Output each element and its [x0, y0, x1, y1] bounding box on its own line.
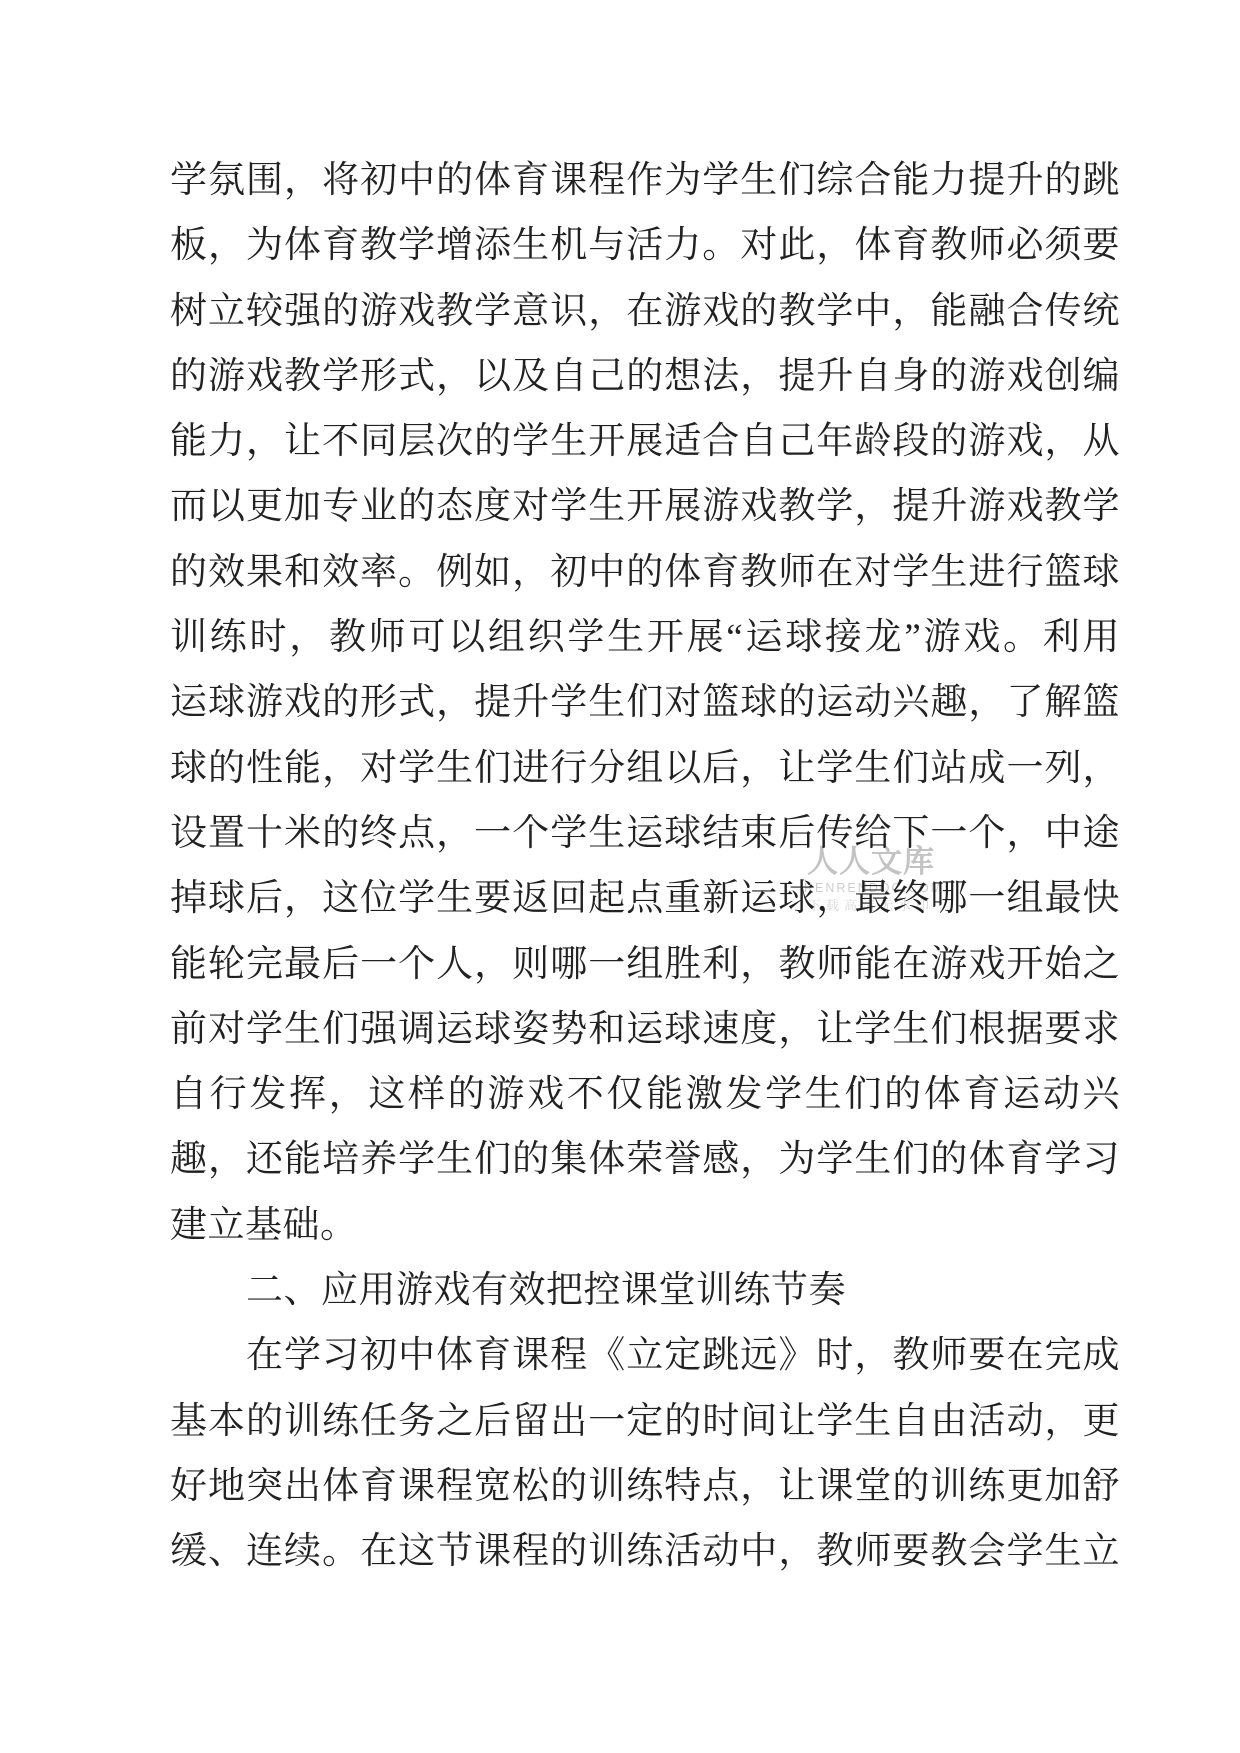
text-line: 学氛围，将初中的体育课程作为学生们综合能力提升的跳 — [170, 148, 1120, 213]
text-line: 板，为体育教学增添生机与活力。对此，体育教师必须要 — [170, 213, 1120, 278]
text-line: 缓、连续。在这节课程的训练活动中，教师要教会学生立 — [170, 1519, 1120, 1584]
text-line: 好地突出体育课程宽松的训练特点，让课堂的训练更加舒 — [170, 1454, 1120, 1519]
text-line: 树立较强的游戏教学意识，在游戏的教学中，能融合传统 — [170, 279, 1120, 344]
text-line: 运球游戏的形式，提升学生们对篮球的运动兴趣，了解篮 — [170, 670, 1120, 735]
paragraph: 学氛围，将初中的体育课程作为学生们综合能力提升的跳板，为体育教学增添生机与活力。… — [170, 148, 1120, 1258]
text-line: 自行发挥，这样的游戏不仅能激发学生们的体育运动兴 — [170, 1062, 1120, 1127]
text-line: 而以更加专业的态度对学生开展游戏教学，提升游戏教学 — [170, 474, 1120, 539]
text-line: 能力，让不同层次的学生开展适合自己年龄段的游戏，从 — [170, 409, 1120, 474]
paragraph: 在学习初中体育课程《立定跳远》时，教师要在完成基本的训练任务之后留出一定的时间让… — [170, 1323, 1120, 1584]
text-line: 建立基础。 — [170, 1193, 1120, 1258]
text-line: 掉球后，这位学生要返回起点重新运球，最终哪一组最快 — [170, 866, 1120, 931]
text-line: 设置十米的终点，一个学生运球结束后传给下一个，中途 — [170, 801, 1120, 866]
document-body: 学氛围，将初中的体育课程作为学生们综合能力提升的跳板，为体育教学增添生机与活力。… — [170, 148, 1120, 1585]
text-line: 球的性能，对学生们进行分组以后，让学生们站成一列， — [170, 736, 1120, 801]
document-page: 人人文库 RENRENDOC.COM 下载高清无水印 学氛围，将初中的体育课程作… — [0, 0, 1240, 1753]
text-line: 能轮完最后一个人，则哪一组胜利，教师能在游戏开始之 — [170, 932, 1120, 997]
paragraph: 二、应用游戏有效把控课堂训练节奏 — [170, 1258, 1120, 1323]
text-line: 的游戏教学形式，以及自己的想法，提升自身的游戏创编 — [170, 344, 1120, 409]
text-line: 趣，还能培养学生们的集体荣誉感，为学生们的体育学习 — [170, 1127, 1120, 1192]
text-line: 前对学生们强调运球姿势和运球速度，让学生们根据要求 — [170, 997, 1120, 1062]
text-line: 训练时，教师可以组织学生开展“运球接龙”游戏。利用 — [170, 605, 1120, 670]
text-line: 基本的训练任务之后留出一定的时间让学生自由活动，更 — [170, 1389, 1120, 1454]
text-line: 二、应用游戏有效把控课堂训练节奏 — [170, 1258, 1120, 1323]
text-line: 在学习初中体育课程《立定跳远》时，教师要在完成 — [170, 1323, 1120, 1388]
text-line: 的效果和效率。例如，初中的体育教师在对学生进行篮球 — [170, 540, 1120, 605]
